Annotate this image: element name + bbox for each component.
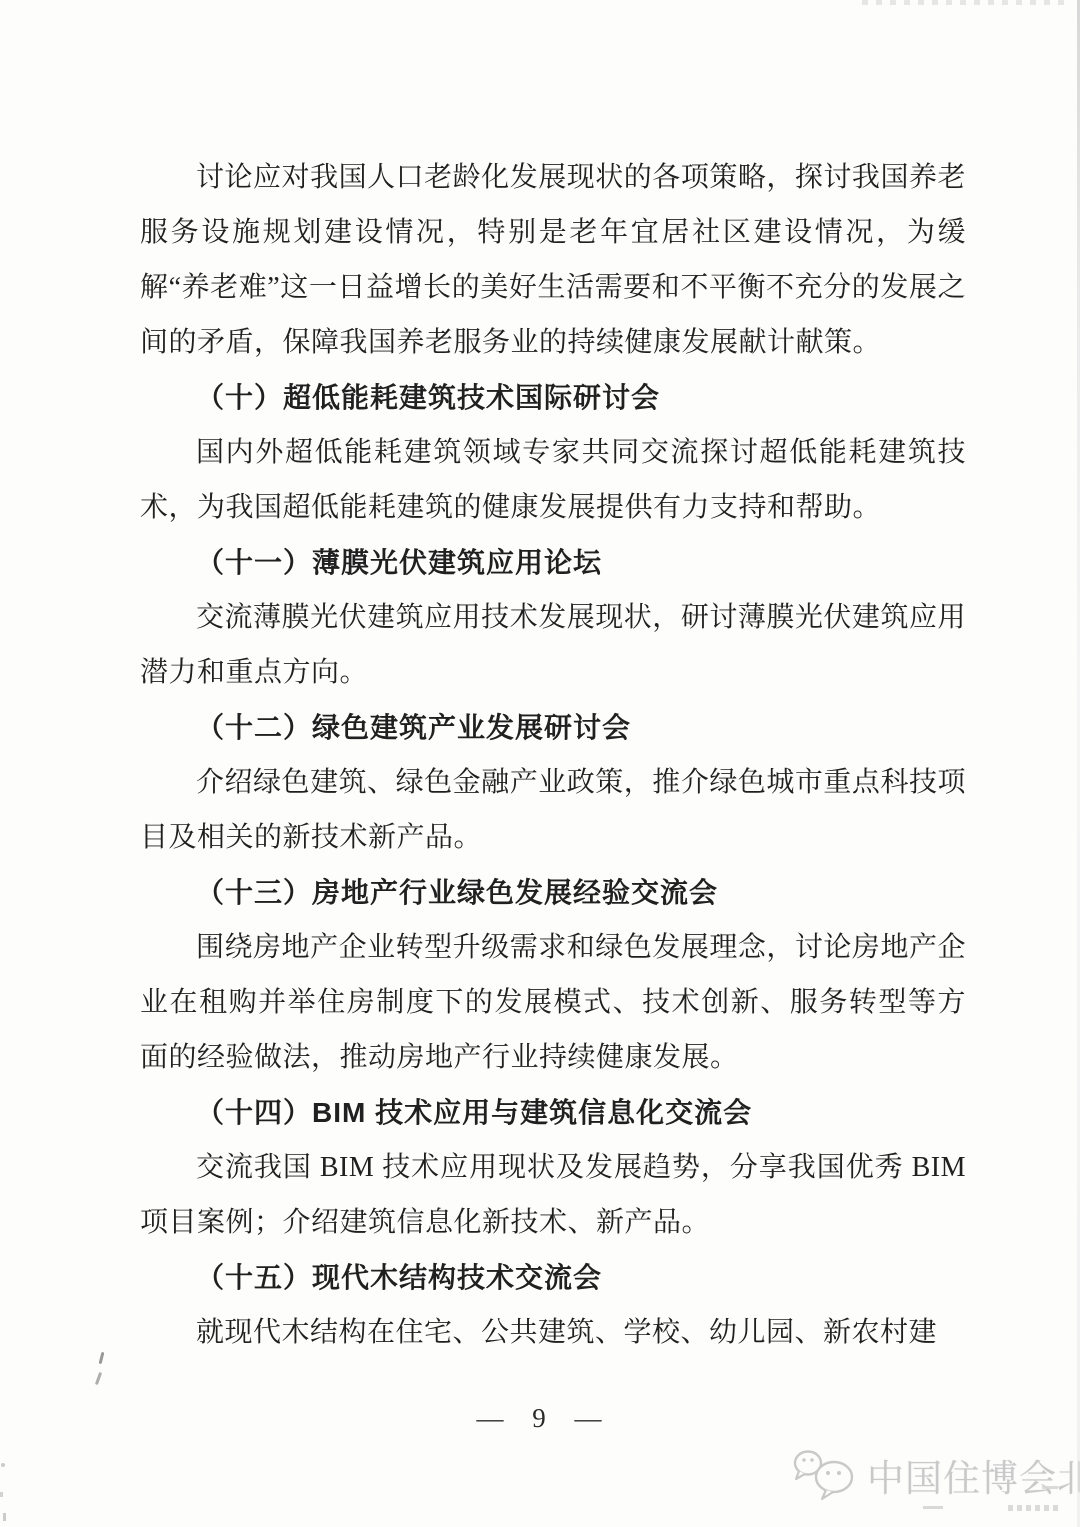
paragraph-timber-structure: 就现代木结构在住宅、公共建筑、学校、幼儿园、新农村建	[140, 1305, 966, 1360]
wechat-icon	[793, 1448, 859, 1502]
watermark-text: 中国住博会北京	[867, 1448, 1080, 1502]
scan-speck	[0, 1492, 3, 1497]
section-heading-15: （十五）现代木结构技术交流会	[140, 1250, 966, 1305]
section-heading-12: （十二）绿色建筑产业发展研讨会	[140, 700, 966, 755]
document-body: 讨论应对我国人口老龄化发展现状的各项策略，探讨我国养老服务设施规划建设情况，特别…	[140, 150, 966, 1360]
section-heading-13: （十三）房地产行业绿色发展经验交流会	[140, 865, 966, 920]
paragraph-green-building: 介绍绿色建筑、绿色金融产业政策，推介绿色城市重点科技项目及相关的新技术新产品。	[140, 755, 966, 865]
section-heading-10: （十）超低能耗建筑技术国际研讨会	[140, 370, 966, 425]
scan-noise-top-right	[862, 0, 1072, 5]
scanned-document-page: 讨论应对我国人口老龄化发展现状的各项策略，探讨我国养老服务设施规划建设情况，特别…	[0, 0, 1080, 1527]
scan-stray-mark	[99, 1352, 105, 1364]
paragraph-elderly-care: 讨论应对我国人口老龄化发展现状的各项策略，探讨我国养老服务设施规划建设情况，特别…	[140, 150, 966, 370]
section-heading-11: （十一）薄膜光伏建筑应用论坛	[140, 535, 966, 590]
scan-stray-mark	[95, 1372, 102, 1385]
scan-residue	[1008, 1505, 1060, 1511]
scan-speck	[3, 1513, 6, 1521]
scan-speck	[1, 1463, 5, 1467]
paragraph-bim: 交流我国 BIM 技术应用现状及发展趋势，分享我国优秀 BIM 项目案例；介绍建…	[140, 1140, 966, 1250]
page-number: — 9 —	[0, 1403, 1080, 1434]
watermark: 中国住博会北京	[793, 1448, 1080, 1502]
paragraph-real-estate: 围绕房地产企业转型升级需求和绿色发展理念，讨论房地产企业在租购并举住房制度下的发…	[140, 920, 966, 1085]
paragraph-ultra-low-energy: 国内外超低能耗建筑领域专家共同交流探讨超低能耗建筑技术，为我国超低能耗建筑的健康…	[140, 425, 966, 535]
section-heading-14: （十四）BIM 技术应用与建筑信息化交流会	[140, 1085, 966, 1140]
scan-residue	[923, 1506, 943, 1509]
paragraph-thin-film-pv: 交流薄膜光伏建筑应用技术发展现状，研讨薄膜光伏建筑应用潜力和重点方向。	[140, 590, 966, 700]
